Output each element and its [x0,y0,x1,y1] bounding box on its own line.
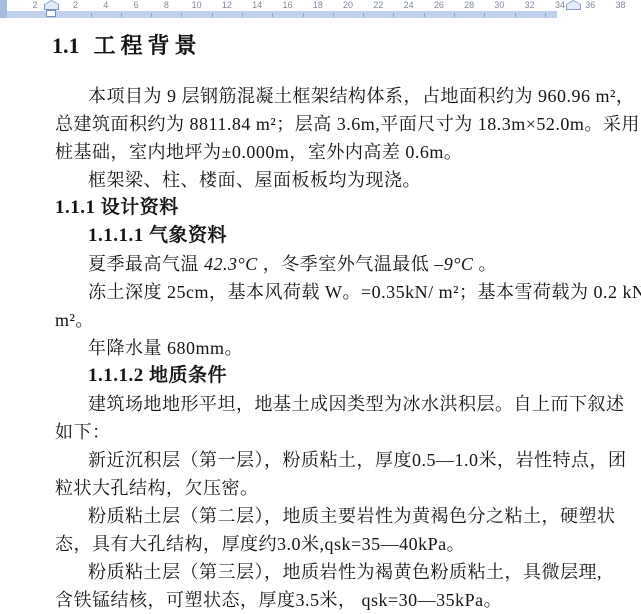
ruler-tick [181,13,182,17]
text-line[interactable]: 桩基础，室内地坪为±0.000m，室外内高差 0.6m。 [55,138,641,166]
heading-number: 1.1 [52,33,80,58]
ruler-number: 4 [103,0,108,10]
ruler-number: 20 [343,0,353,10]
text-run: 1.1.1.2 地质条件 [88,365,227,386]
ruler-tick [212,13,213,17]
text-run: 新近沉积层（第一层），粉质粘土，厚度0.5—1.0米，岩性特点，团 [88,450,627,470]
ruler-number: 30 [494,0,504,10]
ruler-tick [242,13,243,17]
text-run: 冻土深度 25cm，基本风荷载 W。=0.35kN/ m²；基本雪荷载为 0.2… [88,282,641,302]
ruler-tick [515,13,516,17]
horizontal-ruler[interactable]: 22468101214161820222426283032343638 [0,0,641,19]
text-run: 如下： [55,422,111,442]
ruler-number: 22 [373,0,383,10]
ruler-tick [151,13,152,17]
document-page[interactable]: 1.1工程背景 本项目为 9 层钢筋混凝土框架结构体系，占地面积约为 960.9… [0,19,641,614]
ruler-tick [363,13,364,17]
ruler-tick [121,13,122,17]
text-run: 粒状大孔结构，欠压密。 [55,478,259,498]
ruler-strip [0,11,557,18]
text-line[interactable]: 粉质粘土层（第二层），地质主要岩性为黄褐色分之粘土，硬塑状 [88,502,641,530]
ruler-margin-number: 2 [32,0,37,10]
text-run: 42.3°C [204,254,258,274]
page-title: 1.1工程背景 [52,34,641,58]
text-run: 。 [473,254,497,274]
heading-title: 工程背景 [94,33,202,58]
text-line[interactable]: 态，具有大孔结构，厚度约3.0米,qsk=35—40kPa。 [55,530,641,558]
ruler-tick [424,13,425,17]
text-line[interactable]: 年降水量 680mm。 [88,334,641,362]
text-run: 态，具有大孔结构，厚度约3.0米,qsk=35—40kPa。 [55,534,465,554]
text-line[interactable]: 建筑场地地形平坦，地基土成因类型为冰水洪积层。自上而下叙述 [88,390,641,418]
text-run: –9°C [434,254,473,274]
right-indent-marker-icon[interactable] [566,0,581,10]
ruler-tick [303,13,304,17]
subheading-line[interactable]: 1.1.1.1 气象资料 [88,222,641,250]
ruler-number: 24 [404,0,414,10]
ruler-number: 14 [252,0,262,10]
text-run: 框架梁、柱、楼面、屋面板板均为现浇。 [88,170,421,190]
text-run: 桩基础，室内地坪为±0.000m，室外内高差 0.6m。 [55,142,462,162]
first-line-indent-marker-icon[interactable] [44,0,59,10]
ruler-tick [272,13,273,17]
text-line[interactable]: 粉质粘土层（第三层），地质岩性为褐黄色粉质粘土，具微层理, [88,558,641,586]
text-line[interactable]: 夏季最高气温 42.3°C ，冬季室外气温最低 –9°C 。 [88,250,641,278]
ruler-number: 10 [192,0,202,10]
text-run: 本项目为 9 层钢筋混凝土框架结构体系，占地面积约为 960.96 m²， [88,86,634,106]
text-run: 年降水量 680mm。 [88,338,243,358]
ruler-number: 8 [164,0,169,10]
text-line[interactable]: 本项目为 9 层钢筋混凝土框架结构体系，占地面积约为 960.96 m²， [88,82,641,110]
ruler-tick [91,13,92,17]
ruler-number: 38 [616,0,626,10]
text-line[interactable]: 含铁锰结核，可塑状态，厚度3.5米， qsk=30—35kPa。 [55,586,641,614]
ruler-margin-block [0,0,7,18]
text-run: 含铁锰结核，可塑状态，厚度3.5米， qsk=30—35kPa。 [55,590,502,610]
text-run: 1.1.1 设计资料 [55,197,179,218]
ruler-number: 6 [134,0,139,10]
ruler-number: 28 [464,0,474,10]
ruler-number: 34 [555,0,565,10]
text-line[interactable]: 框架梁、柱、楼面、屋面板板均为现浇。 [88,166,641,194]
subheading-line[interactable]: 1.1.1.2 地质条件 [88,362,641,390]
document-body[interactable]: 本项目为 9 层钢筋混凝土框架结构体系，占地面积约为 960.96 m²，总建筑… [0,82,641,614]
text-run: 总建筑面积约为 8811.84 m²；层高 3.6m,平面尺寸为 18.3m×5… [55,114,640,134]
ruler-tick [333,13,334,17]
ruler-number: 12 [222,0,232,10]
ruler-tick [484,13,485,17]
text-line[interactable]: 新近沉积层（第一层），粉质粘土，厚度0.5—1.0米，岩性特点，团 [88,446,641,474]
text-line[interactable]: m²。 [55,306,641,334]
ruler-number: 26 [434,0,444,10]
text-run: ，冬季室外气温最低 [258,254,435,274]
ruler-number: 36 [585,0,595,10]
text-run: m²。 [55,310,94,330]
text-run: 粉质粘土层（第二层），地质主要岩性为黄褐色分之粘土，硬塑状 [88,506,616,526]
left-indent-marker-icon[interactable] [46,10,56,17]
text-line[interactable]: 粒状大孔结构，欠压密。 [55,474,641,502]
text-run: 建筑场地地形平坦，地基土成因类型为冰水洪积层。自上而下叙述 [88,394,625,414]
ruler-number: 16 [282,0,292,10]
ruler-number: 2 [73,0,78,10]
ruler-tick [454,13,455,17]
text-run: 1.1.1.1 气象资料 [88,225,227,246]
text-run: 粉质粘土层（第三层），地质岩性为褐黄色粉质粘土，具微层理, [88,562,602,582]
subheading-line[interactable]: 1.1.1 设计资料 [55,194,641,222]
text-line[interactable]: 总建筑面积约为 8811.84 m²；层高 3.6m,平面尺寸为 18.3m×5… [55,110,641,138]
ruler-number: 32 [525,0,535,10]
ruler-tick [393,13,394,17]
ruler-number: 18 [313,0,323,10]
text-run: 夏季最高气温 [88,254,204,274]
text-line[interactable]: 如下： [55,418,641,446]
ruler-tick [545,13,546,17]
text-line[interactable]: 冻土深度 25cm，基本风荷载 W。=0.35kN/ m²；基本雪荷载为 0.2… [88,278,641,306]
